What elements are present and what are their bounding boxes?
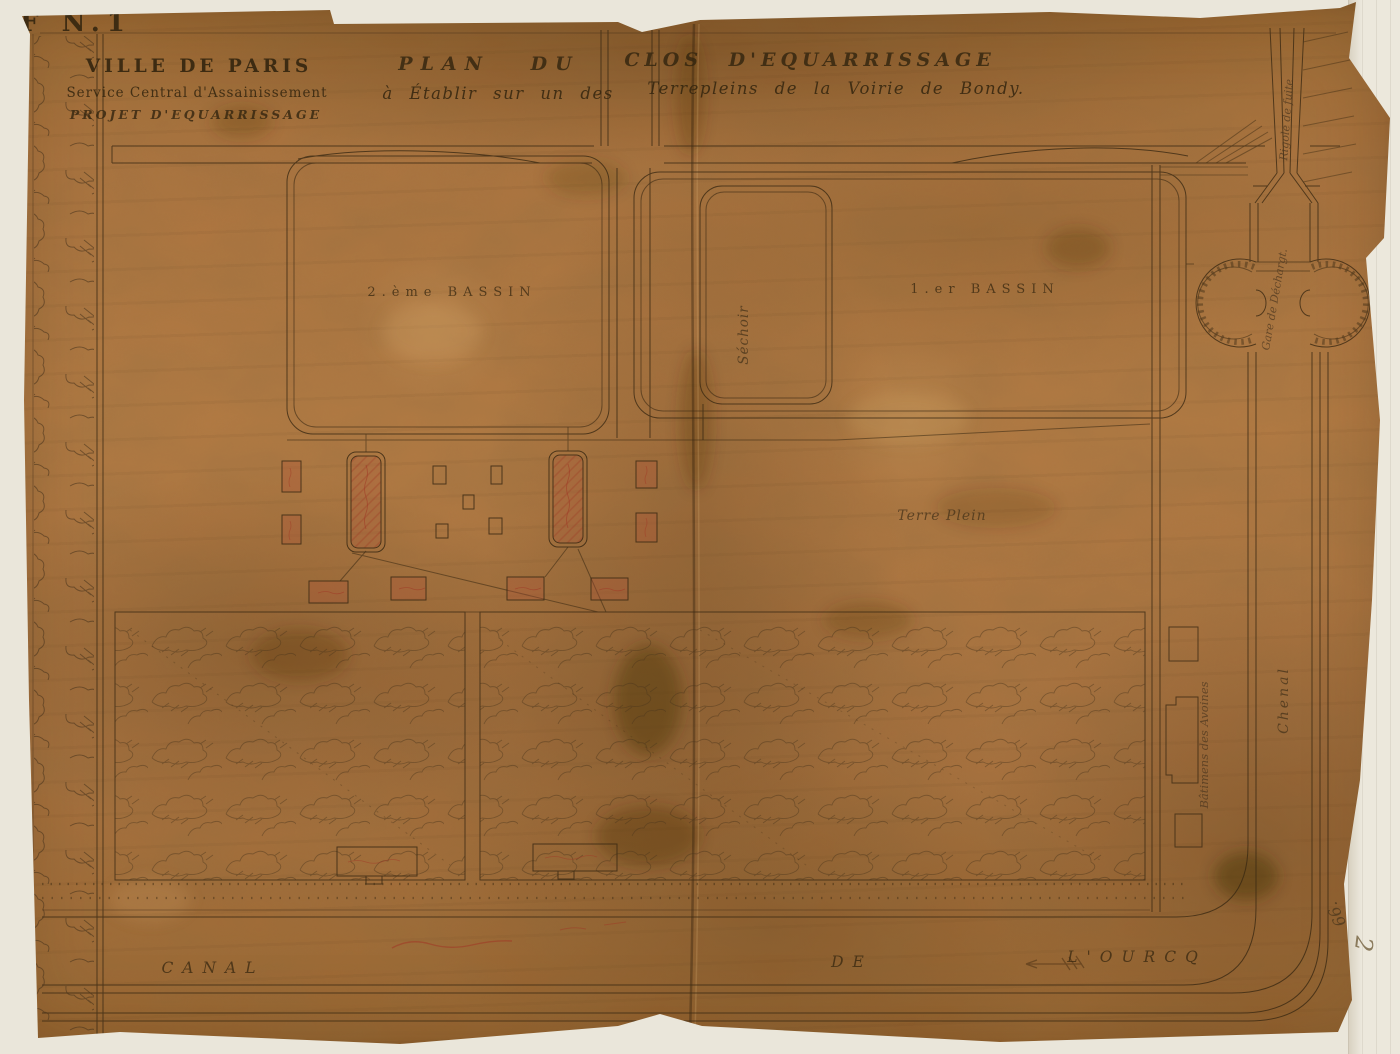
label-basin-2: 2.ème BASSIN (367, 285, 536, 300)
label-canal-word2: DE (830, 953, 873, 971)
label-chenal: Chenal (1276, 666, 1292, 734)
title-line1-left: PLAN DU (397, 53, 579, 75)
main-building-east (553, 455, 583, 543)
title-line2-left: à Établir sur un des (382, 83, 613, 103)
paper-fine-grain (24, 8, 1354, 1046)
garden-plot-left (115, 612, 465, 880)
label-canal-word3: L'OURCQ (1066, 948, 1207, 966)
label-batimens: Bâtimens des Avoines (1197, 681, 1211, 809)
scanned-plan-background: 2 (0, 0, 1400, 1054)
title-line2-right: Terrepleins de la Voirie de Bondy. (647, 79, 1024, 98)
margin-number: 2 (1349, 935, 1379, 954)
plan-drawing: F N.1 VILLE DE PARIS Service Central d'A… (0, 0, 1400, 1054)
plan-sheet: F N.1 VILLE DE PARIS Service Central d'A… (0, 0, 1400, 1054)
garden-plot-right (480, 612, 1145, 880)
header-organization: VILLE DE PARIS (85, 56, 312, 77)
plate-mark: F N.1 (20, 8, 132, 38)
header-department: Service Central d'Assainissement (66, 85, 327, 101)
title-line1-right: CLOS D'EQUARRISSAGE (624, 49, 995, 71)
label-canal-word1: CANAL (161, 959, 264, 977)
header-project: PROJET D'EQUARRISSAGE (69, 107, 322, 122)
label-basin-1: 1.er BASSIN (910, 282, 1059, 297)
label-sechoir: Séchoir (736, 305, 752, 365)
label-terre-plein: Terre Plein (897, 508, 986, 524)
main-building-west (351, 456, 381, 548)
